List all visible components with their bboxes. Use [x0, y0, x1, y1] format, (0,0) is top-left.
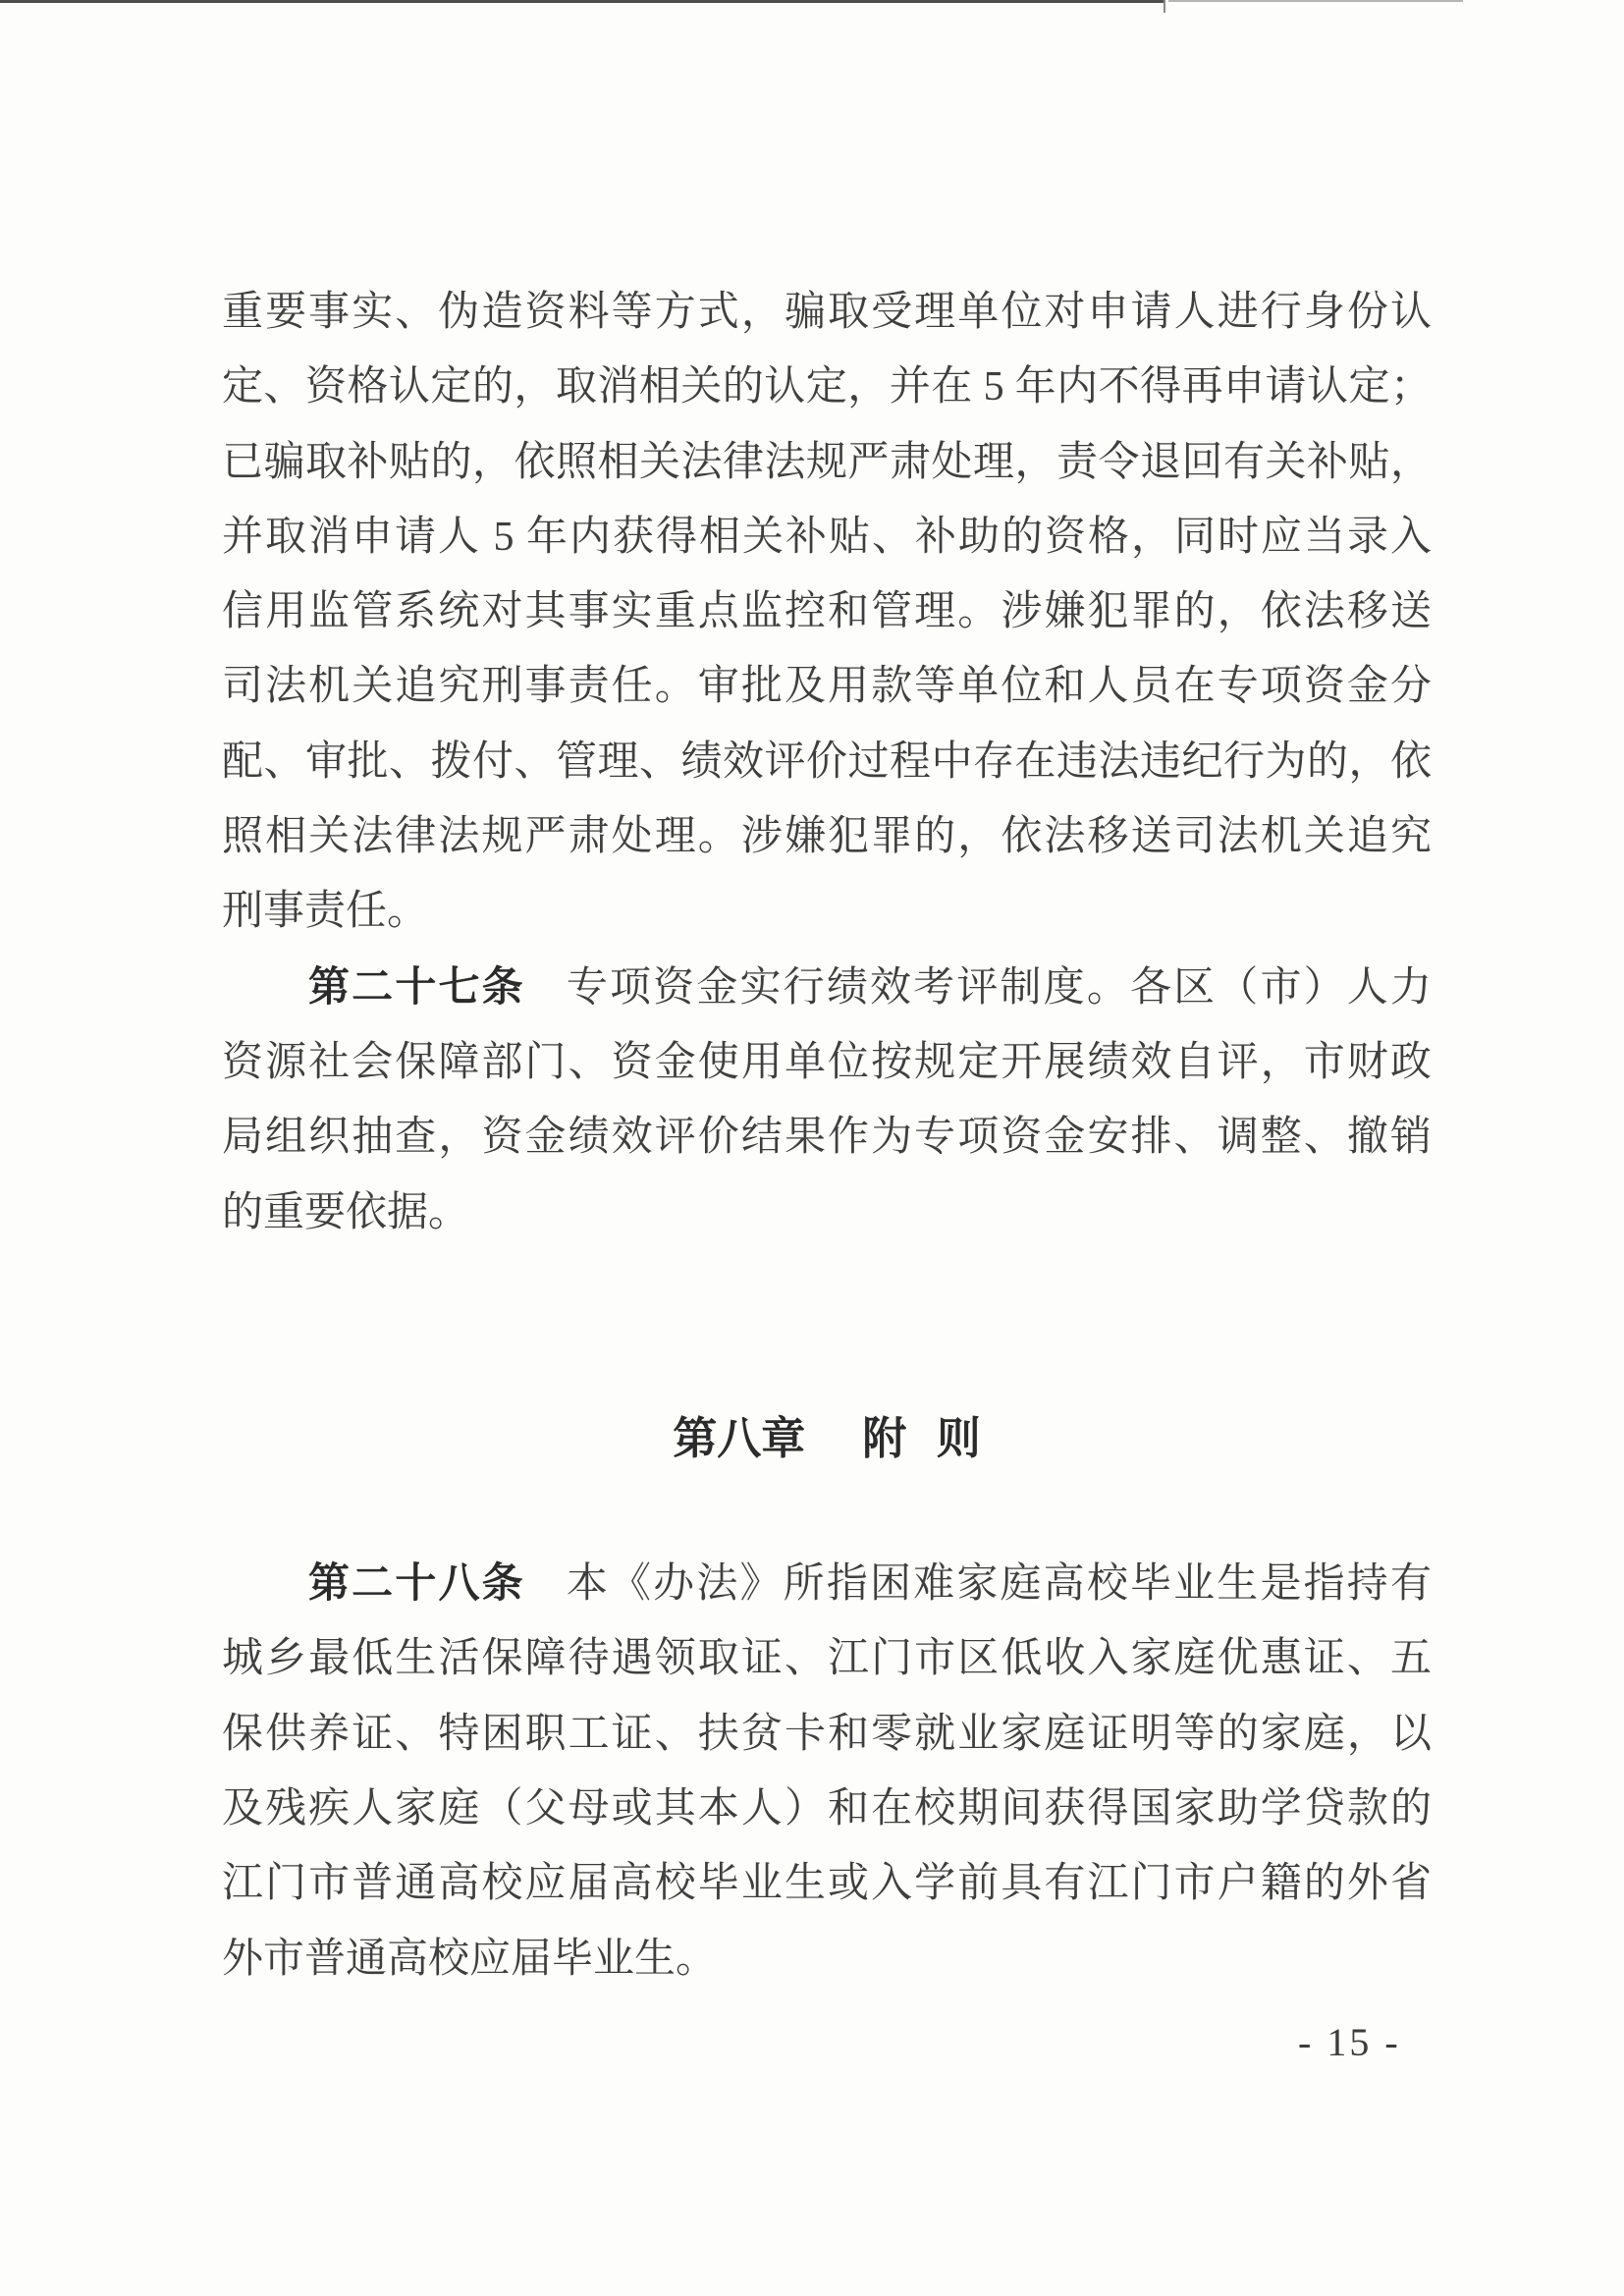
text-line: 已骗取补贴的，依照相关法律法规严肃处理，责令退回有关补贴， — [222, 425, 1432, 500]
document-text: 重要事实、伪造资料等方式，骗取受理单位对申请人进行身份认 定、资格认定的，取消相… — [222, 275, 1432, 1996]
text-line: 定、资格认定的，取消相关的认定，并在 5 年内不得再申请认定； — [222, 350, 1432, 424]
scan-edge-artifact — [0, 0, 1165, 3]
text-line-article-start: 第二十七条专项资金实行绩效考评制度。各区（市）人力 — [222, 950, 1432, 1025]
text-line: 信用监管系统对其事实重点监控和管理。涉嫌犯罪的，依法移送 — [222, 574, 1432, 649]
paragraph-article-27: 第二十七条专项资金实行绩效考评制度。各区（市）人力 资源社会保障部门、资金使用单… — [222, 950, 1432, 1250]
text-line: 司法机关追究刑事责任。审批及用款等单位和人员在专项资金分 — [222, 649, 1432, 724]
text-line: 局组织抽查，资金绩效评价结果作为专项资金安排、调整、撤销 — [222, 1100, 1432, 1175]
paragraph-penalty-provisions: 重要事实、伪造资料等方式，骗取受理单位对申请人进行身份认 定、资格认定的，取消相… — [222, 275, 1432, 950]
text-line: 资源社会保障部门、资金使用单位按规定开展绩效自评，市财政 — [222, 1025, 1432, 1100]
scanned-document-page: 重要事实、伪造资料等方式，骗取受理单位对申请人进行身份认 定、资格认定的，取消相… — [0, 0, 1624, 2296]
text-line: 照相关法律法规严肃处理。涉嫌犯罪的，依法移送司法机关追究 — [222, 799, 1432, 874]
article-28-number: 第二十八条 — [308, 1559, 525, 1606]
page-number: - 15 - — [1298, 2019, 1401, 2065]
article-28-first-line-text: 本《办法》所指困难家庭高校毕业生是指持有 — [567, 1561, 1432, 1607]
text-line: 江门市普通高校应届高校毕业生或入学前具有江门市户籍的外省 — [222, 1846, 1432, 1921]
text-line: 配、审批、拨付、管理、绩效评价过程中存在违法违纪行为的，依 — [222, 725, 1432, 799]
article-27-first-line-text: 专项资金实行绩效考评制度。各区（市）人力 — [567, 965, 1432, 1011]
text-line: 外市普通高校应届毕业生。 — [222, 1922, 1432, 1996]
chapter-number: 第八章 — [673, 1413, 805, 1463]
article-27-number: 第二十七条 — [308, 963, 525, 1010]
text-line: 刑事责任。 — [222, 874, 1432, 949]
text-line: 重要事实、伪造资料等方式，骗取受理单位对申请人进行身份认 — [222, 275, 1432, 350]
text-line: 并取消申请人 5 年内获得相关补贴、补助的资格，同时应当录入 — [222, 500, 1432, 574]
paragraph-article-28: 第二十八条本《办法》所指困难家庭高校毕业生是指持有 城乡最低生活保障待遇领取证、… — [222, 1546, 1432, 1996]
text-line: 的重要依据。 — [222, 1175, 1432, 1250]
chapter-heading: 第八章附 则 — [222, 1401, 1432, 1476]
scan-edge-tick — [1164, 0, 1165, 13]
text-line: 保供养证、特困职工证、扶贫卡和零就业家庭证明等的家庭，以 — [222, 1697, 1432, 1772]
text-line-article-start: 第二十八条本《办法》所指困难家庭高校毕业生是指持有 — [222, 1546, 1432, 1621]
text-line: 城乡最低生活保障待遇领取证、江门市区低收入家庭优惠证、五 — [222, 1621, 1432, 1696]
text-line: 及残疾人家庭（父母或其本人）和在校期间获得国家助学贷款的 — [222, 1772, 1432, 1846]
chapter-title: 附 则 — [862, 1413, 981, 1463]
scan-edge-artifact-faint — [1168, 0, 1463, 2]
